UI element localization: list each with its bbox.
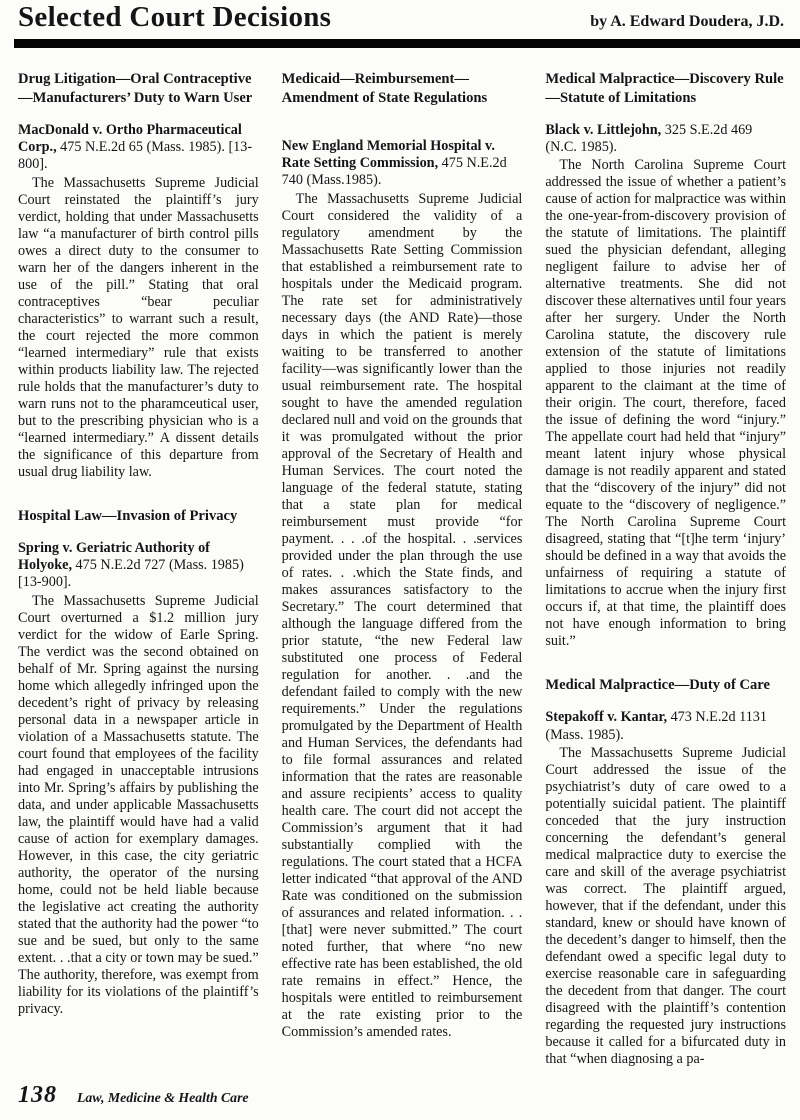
section-heading: Drug Litigation—Oral Contraceptive—Manuf…	[18, 70, 259, 108]
section-hospital-law: Hospital Law—Invasion of Privacy Spring …	[18, 507, 259, 1018]
case-citation: MacDonald v. Ortho Pharmaceutical Corp.,…	[18, 122, 259, 174]
case-citation: Black v. Littlejohn, 325 S.E.2d 469 (N.C…	[545, 122, 786, 157]
page-footer: 138 Law, Medicine & Health Care	[18, 1082, 786, 1109]
section-malpractice-discovery: Medical Malpractice—Discovery Rule—Statu…	[545, 70, 786, 651]
section-medicaid: Medicaid—Reimbursement—Amendment of Stat…	[282, 70, 523, 1041]
byline: by A. Edward Doudera, J.D.	[590, 13, 786, 31]
case-summary: The North Carolina Supreme Court address…	[545, 157, 786, 650]
case-summary: The Massachusetts Supreme Judicial Court…	[18, 593, 259, 1018]
page-title: Selected Court Decisions	[18, 2, 331, 34]
section-malpractice-duty: Medical Malpractice—Duty of Care Stepako…	[545, 676, 786, 1068]
journal-title: Law, Medicine & Health Care	[77, 1090, 249, 1106]
column-2: Medicaid—Reimbursement—Amendment of Stat…	[282, 70, 523, 1072]
case-summary: The Massachusetts Supreme Judicial Court…	[18, 175, 259, 481]
section-heading: Medicaid—Reimbursement—Amendment of Stat…	[282, 70, 523, 108]
header-rule	[14, 39, 800, 48]
case-name: Black v. Littlejohn,	[545, 122, 661, 138]
page-number: 138	[18, 1082, 57, 1109]
column-3: Medical Malpractice—Discovery Rule—Statu…	[545, 70, 786, 1072]
section-drug-litigation: Drug Litigation—Oral Contraceptive—Manuf…	[18, 70, 259, 481]
journal-page: Selected Court Decisions by A. Edward Do…	[0, 0, 800, 1109]
case-summary: The Massachusetts Supreme Judicial Court…	[282, 191, 523, 1041]
page-header: Selected Court Decisions by A. Edward Do…	[18, 2, 786, 34]
column-1: Drug Litigation—Oral Contraceptive—Manuf…	[18, 70, 259, 1072]
case-citation: Stepakoff v. Kantar, 473 N.E.2d 1131 (Ma…	[545, 709, 786, 744]
case-citation: New England Memorial Hospital v. Rate Se…	[282, 138, 523, 190]
case-citation: Spring v. Geriatric Authority of Holyoke…	[18, 540, 259, 592]
section-heading: Hospital Law—Invasion of Privacy	[18, 507, 259, 526]
section-heading: Medical Malpractice—Duty of Care	[545, 676, 786, 695]
case-name: Stepakoff v. Kantar,	[545, 709, 667, 725]
section-heading: Medical Malpractice—Discovery Rule—Statu…	[545, 70, 786, 108]
article-columns: Drug Litigation—Oral Contraceptive—Manuf…	[18, 70, 786, 1072]
case-summary: The Massachusetts Supreme Judicial Court…	[545, 745, 786, 1068]
